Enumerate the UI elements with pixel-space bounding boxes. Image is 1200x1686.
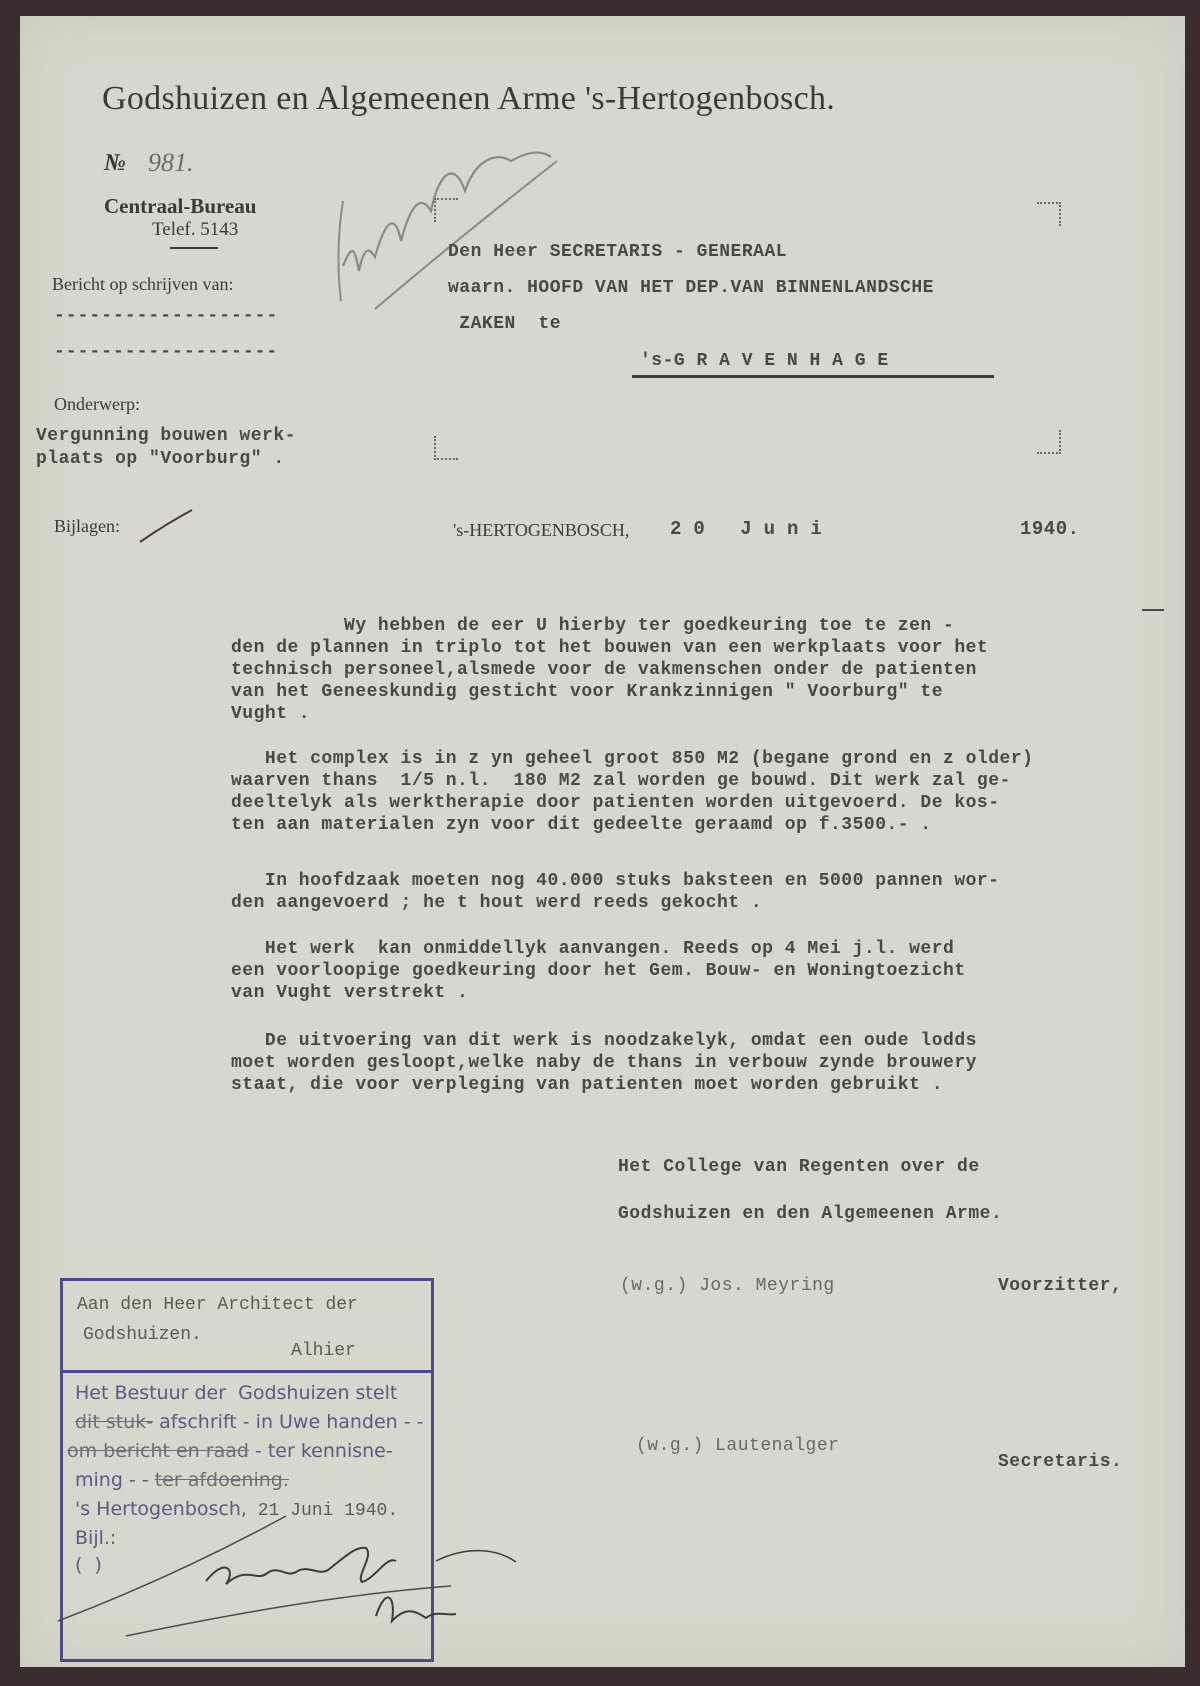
body-p5-line-3: staat, die voor verpleging van patienten… bbox=[231, 1075, 943, 1097]
stamp-print-line-1: Het Bestuur der Godshuizen stelt bbox=[75, 1379, 397, 1408]
body-p5-line-2: moet worden gesloopt,welke naby de thans… bbox=[231, 1053, 977, 1075]
signatory-2-name: (w.g.) Lautenalger bbox=[636, 1436, 839, 1456]
stamp-address-line-1: Aan den Heer Architect der bbox=[77, 1295, 358, 1315]
body-p1-line-5: Vught . bbox=[231, 704, 310, 726]
subject-line-2: plaats op "Voorburg" . bbox=[36, 448, 285, 471]
phone-label: Telef. 5143 bbox=[152, 219, 238, 241]
body-p1-line-3: technisch personeel,alsmede voor de vakm… bbox=[231, 660, 977, 682]
recipient-line-1: Den Heer SECRETARIS - GENERAAL bbox=[448, 242, 787, 262]
window-corner-tl bbox=[434, 198, 458, 222]
reference-line-1: ------------------- bbox=[54, 306, 278, 326]
body-p2-line-2: waarven thans 1/5 n.l. 180 M2 zal worden… bbox=[231, 771, 1011, 793]
body-p2-line-4: ten aan materialen zyn voor dit gedeelte… bbox=[231, 815, 932, 837]
number-value: 981. bbox=[148, 148, 194, 178]
letter-page: Godshuizen en Algemeenen Arme 's-Hertoge… bbox=[20, 16, 1185, 1667]
phone-underline bbox=[170, 247, 218, 249]
stamp-address-line-3: Alhier bbox=[291, 1341, 356, 1361]
body-p4-line-2: een voorloopige goedkeuring door het Gem… bbox=[231, 961, 966, 983]
subject-line-1: Vergunning bouwen werk- bbox=[36, 425, 296, 448]
stamp-print-line-2: dit stuk- afschrift - in Uwe handen - - bbox=[75, 1408, 424, 1437]
stamp-struck-text-2: om bericht en raad bbox=[67, 1440, 249, 1462]
margin-dash bbox=[1142, 609, 1164, 611]
signatory-1-role: Voorzitter, bbox=[998, 1276, 1122, 1296]
reference-line-2: ------------------- bbox=[54, 342, 278, 362]
subject-label: Onderwerp: bbox=[54, 394, 140, 415]
body-p3-line-2: den aangevoerd ; he t hout werd reeds ge… bbox=[231, 893, 762, 915]
office-label: Centraal-Bureau bbox=[104, 194, 256, 219]
body-p2-line-3: deeltelyk als werktherapie door patiente… bbox=[231, 793, 1000, 815]
body-p5-line-1: De uitvoering van dit werk is noodzakely… bbox=[231, 1031, 977, 1053]
recipient-city: 's-G R A V E N H A G E bbox=[640, 351, 889, 371]
letterhead-title: Godshuizen en Algemeenen Arme 's-Hertoge… bbox=[102, 80, 835, 118]
body-p1-line-2: den de plannen in triplo tot het bouwen … bbox=[231, 638, 988, 660]
recipient-line-2: waarn. HOOFD VAN HET DEP.VAN BINNENLANDS… bbox=[448, 278, 934, 298]
body-p4-line-3: van Vught verstrekt . bbox=[231, 983, 468, 1005]
window-corner-bl bbox=[434, 436, 458, 460]
number-label: № bbox=[104, 150, 126, 177]
attachments-label: Bijlagen: bbox=[54, 516, 120, 537]
signatory-2-role: Secretaris. bbox=[998, 1452, 1122, 1472]
window-corner-tr bbox=[1037, 202, 1061, 226]
body-p4-line-1: Het werk kan onmiddellyk aanvangen. Reed… bbox=[231, 939, 954, 961]
closing-line-2: Godshuizen en den Algemeenen Arme. bbox=[618, 1204, 1002, 1224]
body-p1-line-1: Wy hebben de eer U hierby ter goedkeurin… bbox=[231, 616, 954, 638]
recipient-line-3: ZAKEN te bbox=[448, 314, 561, 334]
recipient-city-underline bbox=[632, 375, 994, 378]
dateline-day-month: 20 Juni bbox=[670, 518, 834, 540]
stamp-print-line-3: om bericht en raad - ter kennisne- bbox=[67, 1437, 393, 1466]
signatory-1-name: (w.g.) Jos. Meyring bbox=[620, 1276, 835, 1296]
handwritten-signature-icon bbox=[56, 1486, 536, 1646]
body-p1-line-4: van het Geneeskundig gesticht voor Krank… bbox=[231, 682, 943, 704]
dateline-year: 1940. bbox=[1020, 518, 1080, 540]
body-p3-line-1: In hoofdzaak moeten nog 40.000 stuks bak… bbox=[231, 871, 1000, 893]
reference-label: Bericht op schrijven van: bbox=[52, 274, 233, 295]
attachments-dash-icon bbox=[138, 506, 198, 546]
window-corner-br bbox=[1037, 430, 1061, 454]
dateline-city: 's-HERTOGENBOSCH, bbox=[453, 520, 629, 541]
stamp-struck-text-1: dit stuk- bbox=[75, 1411, 153, 1433]
stamp-divider bbox=[63, 1370, 431, 1373]
body-p2-line-1: Het complex is in z yn geheel groot 850 … bbox=[231, 749, 1033, 771]
closing-line-1: Het College van Regenten over de bbox=[618, 1157, 980, 1177]
stamp-address-line-2: Godshuizen. bbox=[83, 1325, 202, 1345]
